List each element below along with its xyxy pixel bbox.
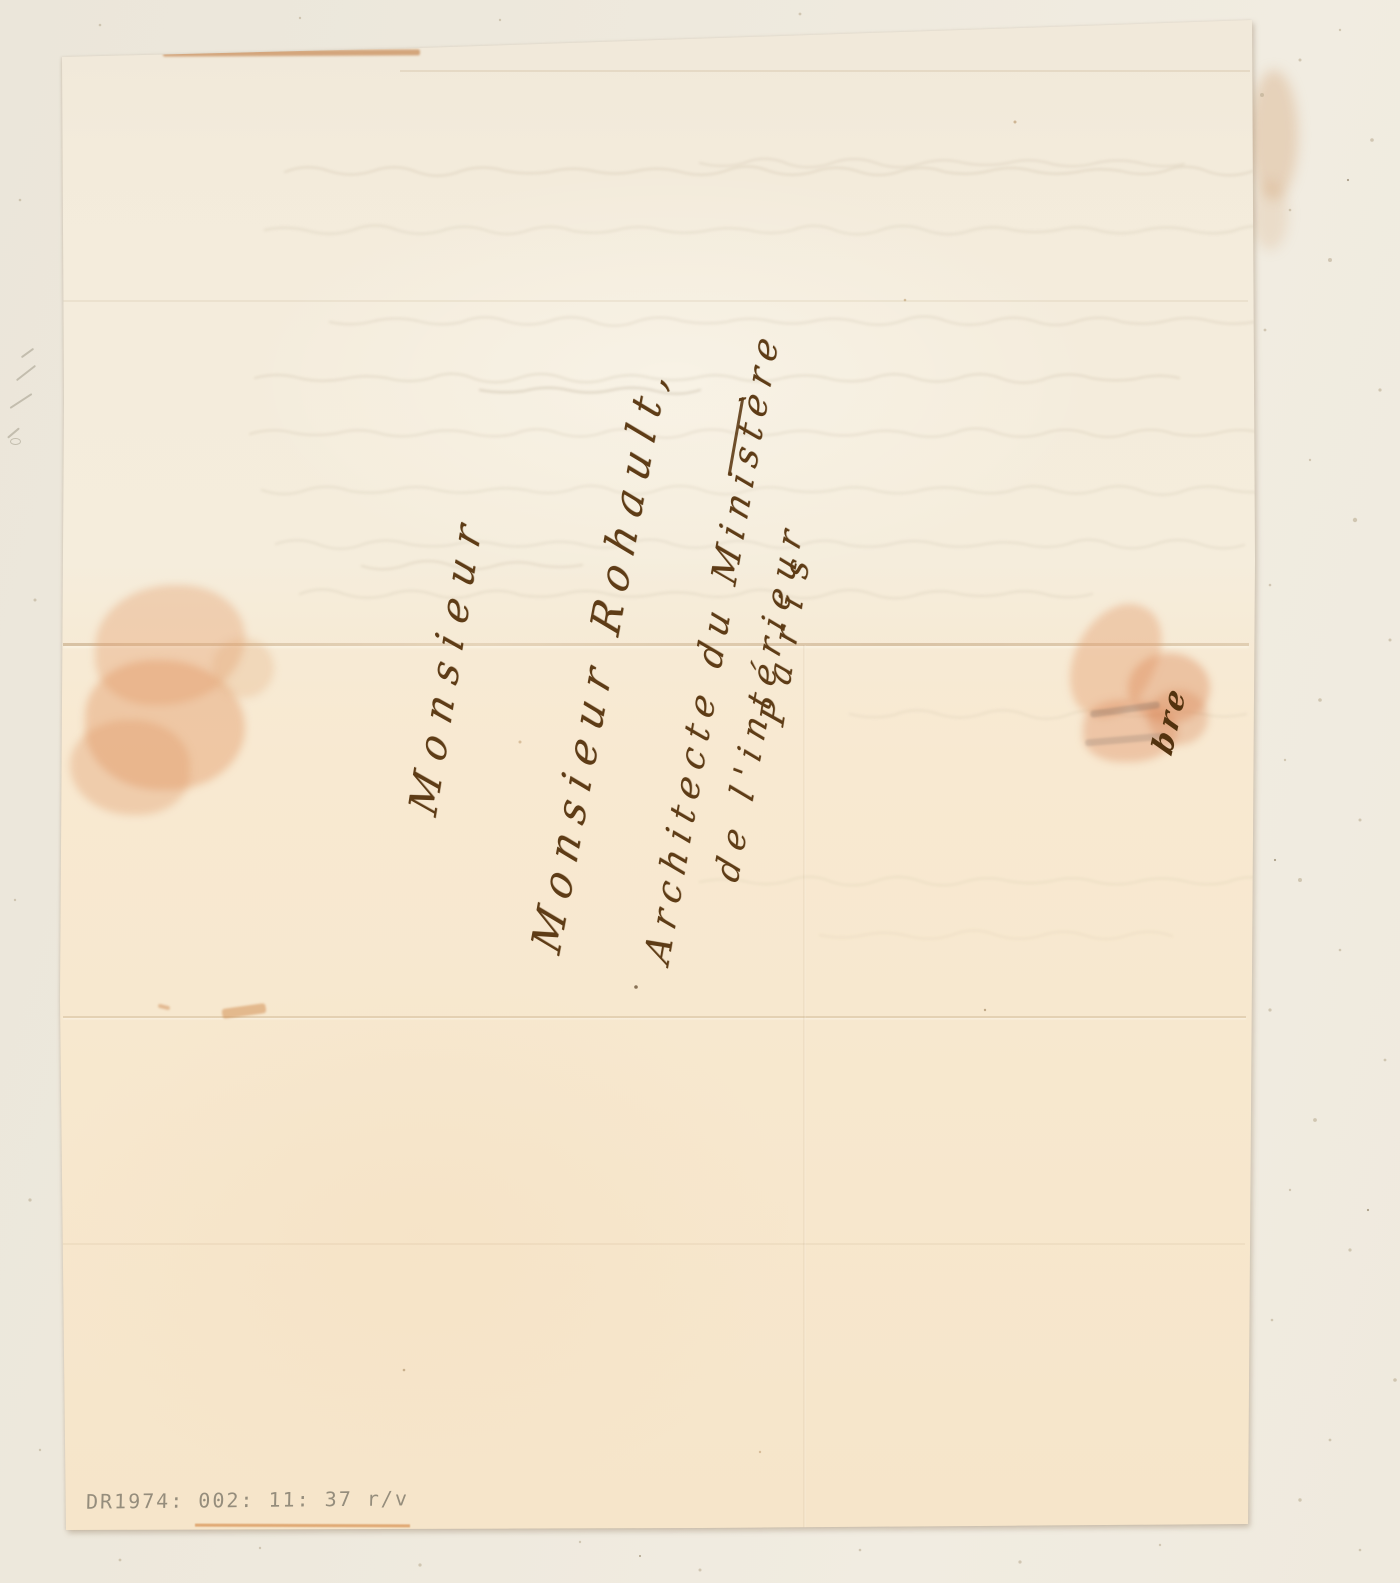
letter-sheet: Monsieur Monsieur Rohault, Architecte du… bbox=[0, 0, 1400, 1583]
catalog-number: DR1974: 002: 11: 37 r/v bbox=[86, 1486, 410, 1513]
photograph-of-letter: Monsieur Monsieur Rohault, Architecte du… bbox=[0, 0, 1400, 1583]
